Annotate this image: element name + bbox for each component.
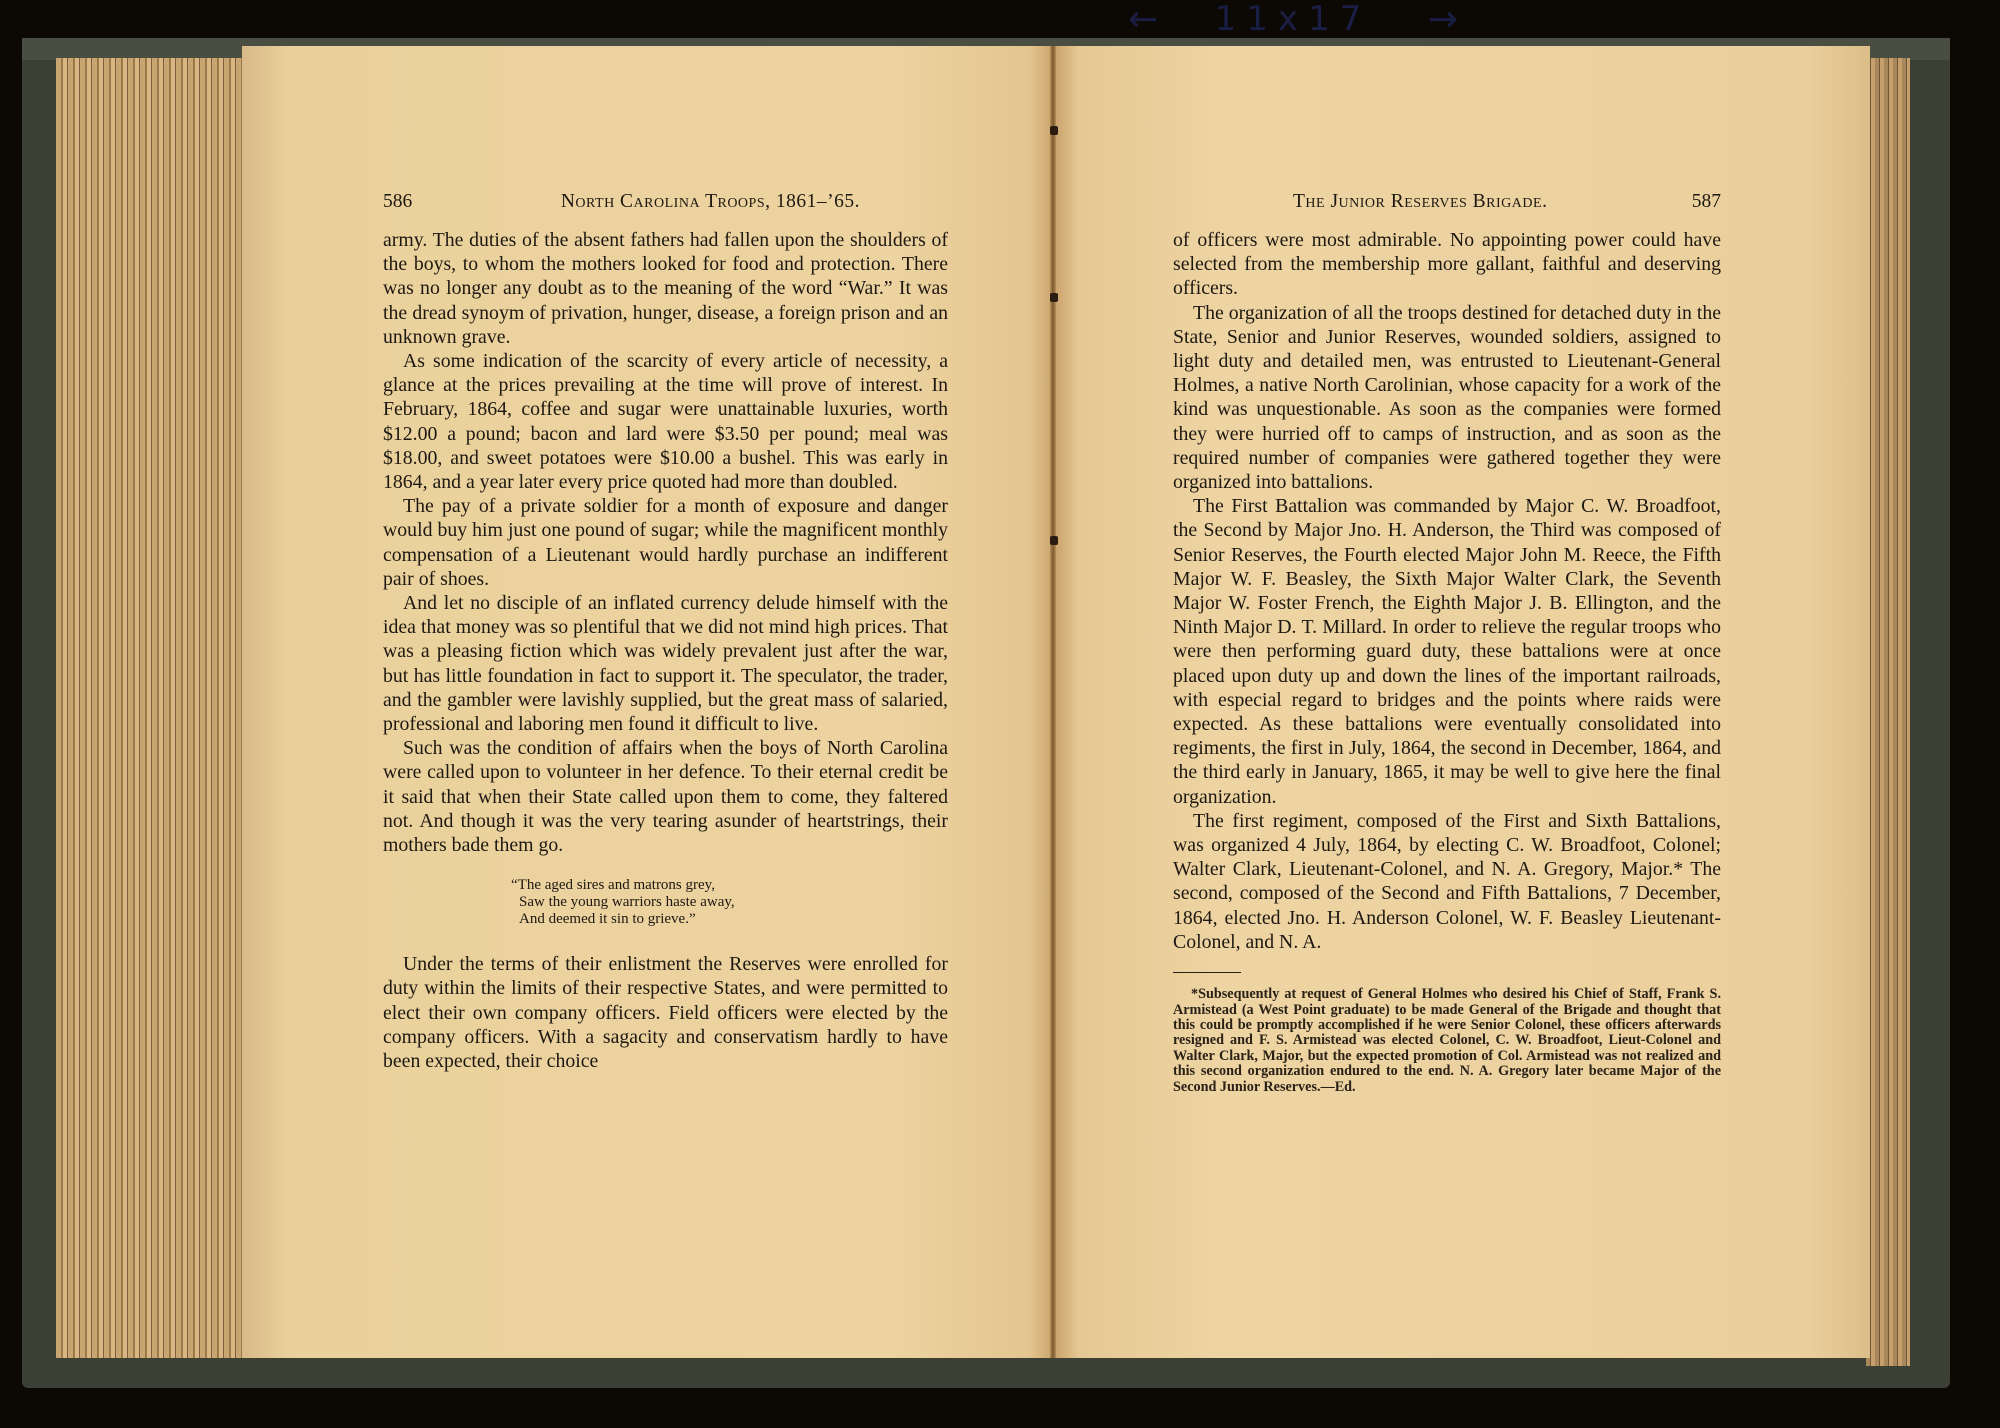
paragraph: The pay of a private soldier for a month…	[383, 494, 948, 591]
right-page-stack	[1866, 58, 1910, 1366]
footnote-text: *Subsequently at request of General Holm…	[1173, 987, 1721, 1095]
running-head-title: The Junior Reserves Brigade.	[1293, 190, 1547, 214]
right-running-head: The Junior Reserves Brigade. 587	[1173, 190, 1721, 214]
left-page-content: 586 North Carolina Troops, 1861–’65. arm…	[383, 190, 948, 1073]
paragraph: The First Battalion was commanded by Maj…	[1173, 494, 1721, 809]
paragraph: And let no disciple of an inflated curre…	[383, 591, 948, 736]
paragraph: The first regiment, composed of the Firs…	[1173, 809, 1721, 954]
poem-line: “The aged sires and matrons grey,	[511, 877, 948, 894]
arrow-right-icon: →	[1428, 0, 1458, 40]
binding-stitch	[1050, 293, 1058, 302]
poem-line: Saw the young warriors haste away,	[511, 894, 948, 911]
scale-label-text: 11x17	[1215, 0, 1372, 39]
running-head-title: North Carolina Troops, 1861–’65.	[561, 190, 860, 214]
paragraph: The organization of all the troops desti…	[1173, 301, 1721, 495]
right-page-content: The Junior Reserves Brigade. 587 of offi…	[1173, 190, 1721, 1095]
paragraph: of officers were most admirable. No appo…	[1173, 228, 1721, 301]
paragraph: Such was the condition of affairs when t…	[383, 736, 948, 857]
page-number: 586	[383, 190, 412, 214]
footnote: *Subsequently at request of General Holm…	[1173, 987, 1721, 1095]
paragraph: Under the terms of their enlistment the …	[383, 952, 948, 1073]
page-number: 587	[1692, 190, 1721, 214]
book-gutter	[1050, 46, 1056, 1358]
binding-stitch	[1050, 126, 1058, 135]
poem-quote: “The aged sires and matrons grey, Saw th…	[511, 877, 948, 928]
left-page-stack	[56, 58, 246, 1358]
poem-line: And deemed it sin to grieve.”	[511, 911, 948, 928]
arrow-left-icon: ←	[1128, 0, 1158, 40]
scale-label: ← 11x17 →	[1128, 0, 1458, 38]
left-running-head: 586 North Carolina Troops, 1861–’65.	[383, 190, 948, 214]
footnote-divider	[1173, 972, 1241, 973]
binding-stitch	[1050, 536, 1058, 545]
paragraph: As some indication of the scarcity of ev…	[383, 349, 948, 494]
paragraph: army. The duties of the absent fathers h…	[383, 228, 948, 349]
